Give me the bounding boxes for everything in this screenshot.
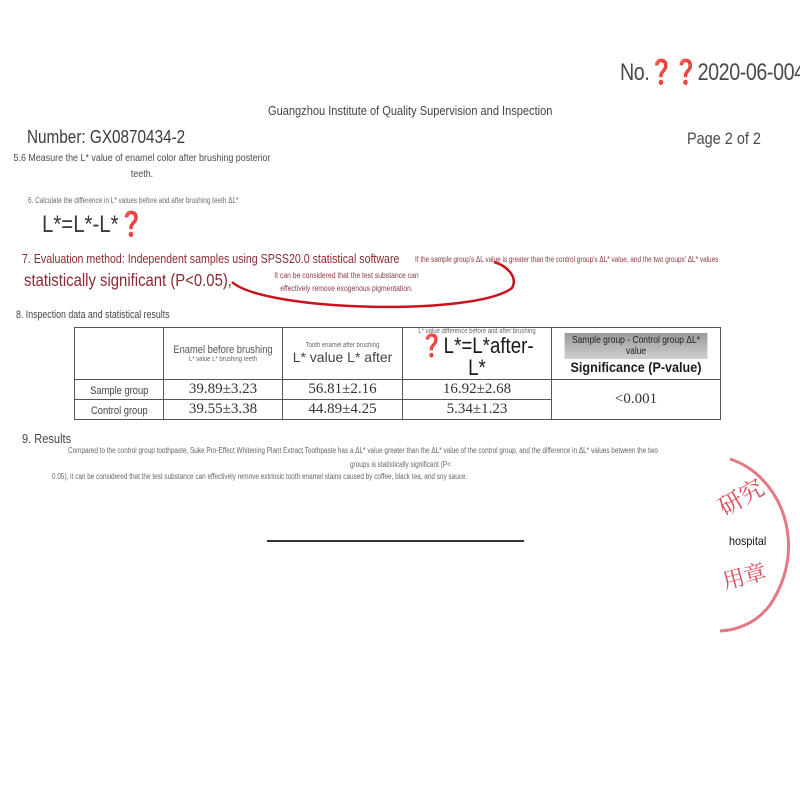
table-row: Sample group 39.89±3.23 56.81±2.16 16.92… [75, 380, 721, 400]
results-table: Enamel before brushing L* value L* brush… [74, 327, 721, 420]
results-line-3: 0.05), it can be considered that the tes… [52, 472, 467, 481]
header-diff-bottom: ❓L*=L*after-L* [414, 335, 540, 379]
control-before: 39.55±3.38 [164, 400, 283, 420]
signature-line [267, 540, 524, 542]
header-before-bottom: L* value L* brushing teeth [173, 356, 273, 363]
section-7-method: 7. Evaluation method: Independent sample… [22, 252, 399, 266]
section-9-results: 9. Results [22, 431, 71, 446]
stamp-characters-top: 研究 [710, 468, 769, 522]
stamp-characters-bottom: 用章 [719, 555, 770, 596]
row-label-control: Control group [75, 400, 164, 420]
section-7-condition: If the sample group's ΔL value is greate… [415, 255, 718, 264]
institute-name: Guangzhou Institute of Quality Supervisi… [268, 103, 552, 118]
section-5-6: 5.6 Measure the L* value of enamel color… [6, 150, 278, 182]
stamp-label: hospital [729, 534, 766, 548]
control-diff: 5.34±1.23 [403, 400, 552, 420]
header-significance-bottom: Significance (P-value) [560, 359, 711, 375]
header-cell-diff: L* value difference before and after bru… [403, 328, 552, 380]
results-line-1: Compared to the control group toothpaste… [68, 446, 658, 455]
control-after: 44.89±4.25 [283, 400, 403, 420]
table-header-row: Enamel before brushing L* value L* brush… [75, 328, 721, 380]
page-indicator: Page 2 of 2 [687, 129, 761, 149]
header-cell-significance: Sample group - Control group ΔL* value S… [552, 328, 721, 380]
header-significance-top: Sample group - Control group ΔL* value [565, 333, 708, 359]
row-label-sample: Sample group [75, 380, 164, 400]
header-after-bottom: L* value L* after [283, 349, 402, 365]
sample-after: 56.81±2.16 [283, 380, 403, 400]
delta-formula: L*=L*-L*❓ [42, 210, 144, 239]
report-number: No.❓❓2020-06-0042 [620, 58, 800, 87]
header-before-top: Enamel before brushing [173, 344, 273, 356]
header-cell-after: Tooth enamel after brushing L* value L* … [283, 328, 403, 380]
header-cell-empty [75, 328, 164, 380]
section-8: 8. Inspection data and statistical resul… [16, 309, 170, 321]
section-7-significance: statistically significant (P<0.05), [24, 270, 232, 291]
sample-before: 39.89±3.23 [164, 380, 283, 400]
results-line-2: groups is statistically significant (P< [350, 460, 451, 469]
sample-diff: 16.92±2.68 [403, 380, 552, 400]
section-7-conclusion: It can be considered that the test subst… [270, 269, 423, 295]
header-after-top: Tooth enamel after brushing [292, 342, 393, 349]
section-6: 6. Calculate the difference in L* values… [28, 196, 239, 205]
p-value: <0.001 [552, 380, 721, 420]
header-cell-before: Enamel before brushing L* value L* brush… [164, 328, 283, 380]
document-number: Number: GX0870434-2 [27, 127, 185, 148]
